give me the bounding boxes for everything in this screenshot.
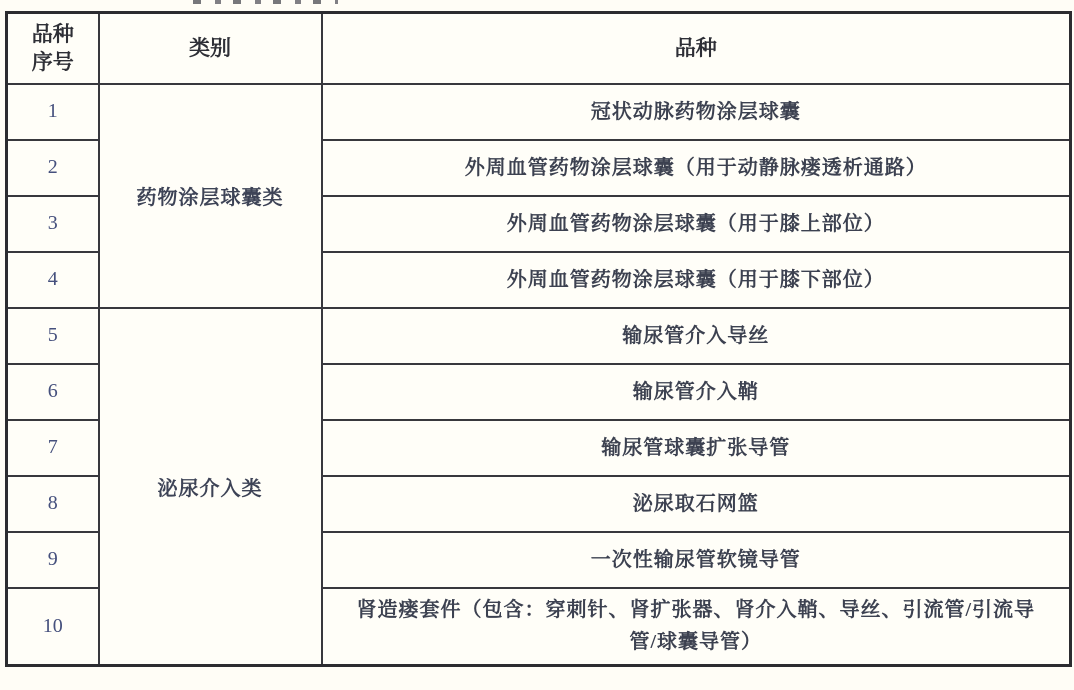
row-index: 4 bbox=[7, 252, 99, 308]
column-header-index: 品种 序号 bbox=[7, 13, 99, 84]
row-index: 8 bbox=[7, 476, 99, 532]
category-cell-drug-coated-balloon: 药物涂层球囊类 bbox=[99, 84, 322, 308]
column-header-index-line2: 序号 bbox=[14, 48, 92, 76]
variety-cell: 外周血管药物涂层球囊（用于膝下部位） bbox=[322, 252, 1071, 308]
column-header-variety: 品种 bbox=[322, 13, 1071, 84]
row-index: 1 bbox=[7, 84, 99, 140]
row-index: 9 bbox=[7, 532, 99, 588]
variety-cell: 输尿管介入导丝 bbox=[322, 308, 1071, 364]
variety-cell: 外周血管药物涂层球囊（用于膝上部位） bbox=[322, 196, 1071, 252]
row-index: 5 bbox=[7, 308, 99, 364]
column-header-category: 类别 bbox=[99, 13, 322, 84]
row-index: 10 bbox=[7, 588, 99, 666]
row-index: 6 bbox=[7, 364, 99, 420]
table-row: 1 药物涂层球囊类 冠状动脉药物涂层球囊 bbox=[7, 84, 1071, 140]
table-header-row: 品种 序号 类别 品种 bbox=[7, 13, 1071, 84]
variety-cell-text: 肾造瘘套件（包含：穿刺针、肾扩张器、肾介入鞘、导丝、引流管/引流导管/球囊导管） bbox=[356, 594, 1036, 658]
variety-cell: 输尿管介入鞘 bbox=[322, 364, 1071, 420]
variety-cell: 输尿管球囊扩张导管 bbox=[322, 420, 1071, 476]
column-header-index-line1: 品种 bbox=[14, 20, 92, 48]
variety-cell: 泌尿取石网篮 bbox=[322, 476, 1071, 532]
variety-cell: 冠状动脉药物涂层球囊 bbox=[322, 84, 1071, 140]
cropped-text-remnant bbox=[193, 0, 338, 4]
table-row: 5 泌尿介入类 输尿管介入导丝 bbox=[7, 308, 1071, 364]
device-variety-table: 品种 序号 类别 品种 1 药物涂层球囊类 冠状动脉药物涂层球囊 2 外周血管药… bbox=[5, 11, 1072, 667]
variety-cell: 外周血管药物涂层球囊（用于动静脉瘘透析通路） bbox=[322, 140, 1071, 196]
scanned-document-page: 品种 序号 类别 品种 1 药物涂层球囊类 冠状动脉药物涂层球囊 2 外周血管药… bbox=[0, 0, 1074, 690]
variety-cell: 肾造瘘套件（包含：穿刺针、肾扩张器、肾介入鞘、导丝、引流管/引流导管/球囊导管） bbox=[322, 588, 1071, 666]
category-cell-urinary-intervention: 泌尿介入类 bbox=[99, 308, 322, 666]
variety-cell: 一次性输尿管软镜导管 bbox=[322, 532, 1071, 588]
row-index: 7 bbox=[7, 420, 99, 476]
row-index: 3 bbox=[7, 196, 99, 252]
row-index: 2 bbox=[7, 140, 99, 196]
